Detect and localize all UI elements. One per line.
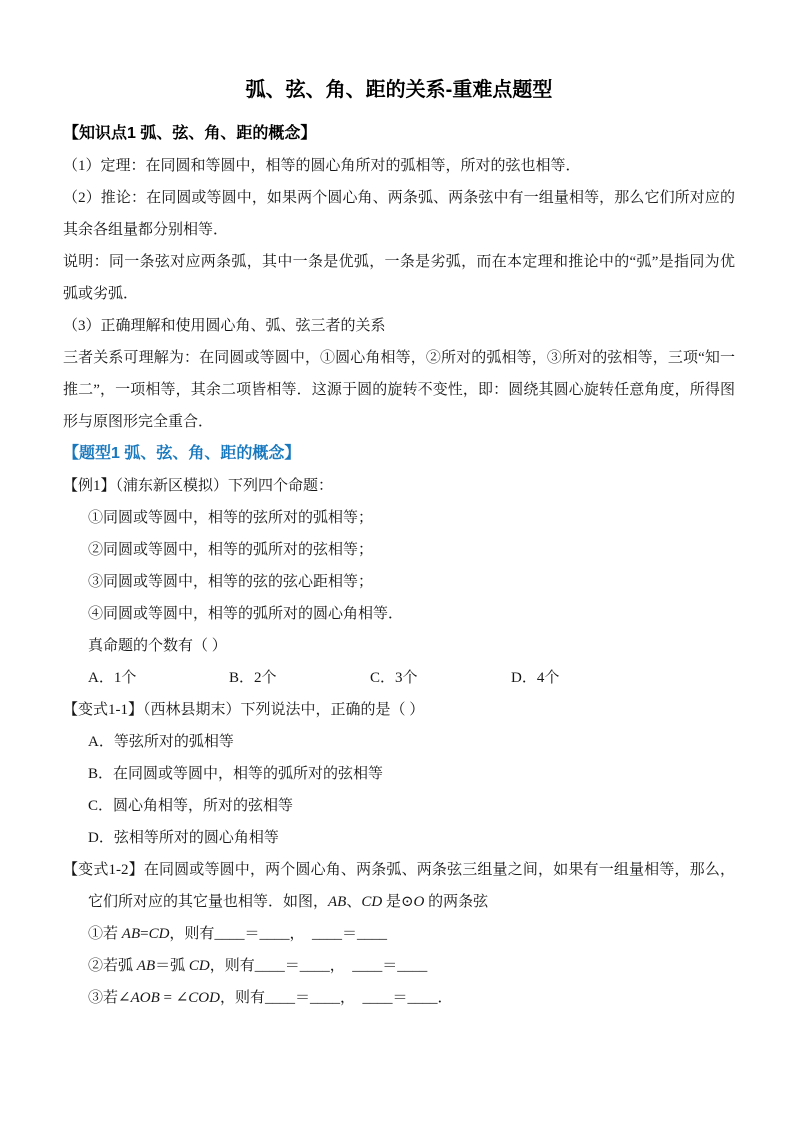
circled-number-1: ① <box>88 926 103 942</box>
item1-math-AB: AB <box>122 926 140 942</box>
example1-options-row: A．1个 B．2个 C．3个 D．4个 <box>63 662 735 694</box>
paragraph-relation-title: （3）正确理解和使用圆心角、弧、弦三者的关系 <box>63 310 735 342</box>
variant12-stem-line: 【变式1-2】在同圆或等圆中，两个圆心角、两条弧、两条弦三组量之间，如果有一组量… <box>63 854 735 918</box>
variant11-option-b: B．在同圆或等圆中，相等的弧所对的弦相等 <box>63 758 735 790</box>
page-title: 弧、弦、角、距的关系-重难点题型 <box>63 74 735 106</box>
circled-number-2: ② <box>88 958 103 974</box>
item2-fill-blanks: ____＝____， ____＝____ <box>255 958 428 974</box>
item3-equals: = <box>160 990 176 1006</box>
variant11-option-d: D．弦相等所对的圆心角相等 <box>63 822 735 854</box>
example1-stem-line: 【例1】（浦东新区模拟）下列四个命题： <box>63 470 735 502</box>
variant11-option-c: C．圆心角相等，所对的弦相等 <box>63 790 735 822</box>
example1-option-a: A．1个 <box>88 662 229 694</box>
math-chord-AB: AB <box>328 894 346 910</box>
example1-stem-text: 下列四个命题： <box>228 478 333 494</box>
variant11-stem-line: 【变式1-1】（西林县期末）下列说法中，正确的是（ ） <box>63 694 735 726</box>
variant12-item-3: ③若∠AOB = ∠COD，则有____＝____， ____＝____． <box>63 982 735 1014</box>
example1-proposition-2: ②同圆或等圆中，相等的弧所对的弦相等； <box>63 534 735 566</box>
item2-equals: ＝弧 <box>155 958 189 974</box>
item1-fill-blanks: ____＝____， ____＝____ <box>214 926 387 942</box>
example1-proposition-1: ①同圆或等圆中，相等的弦所对的弧相等； <box>63 502 735 534</box>
example1-option-b: B．2个 <box>229 662 370 694</box>
item3-text-1: 若 <box>103 990 118 1006</box>
variant12-mid-text: 是⊙ <box>382 894 413 910</box>
example1-question: 真命题的个数有（ ） <box>63 630 735 662</box>
paragraph-corollary: （2）推论：在同圆或等圆中，如果两个圆心角、两条弧、两条弦中有一组量相等，那么它… <box>63 182 735 246</box>
example1-proposition-4: ④同圆或等圆中，相等的弧所对的圆心角相等． <box>63 598 735 630</box>
example1-option-d: D．4个 <box>511 662 559 694</box>
paragraph-relation-detail: 三者关系可理解为：在同圆或等圆中，①圆心角相等，②所对的弧相等，③所对的弦相等，… <box>63 342 735 438</box>
math-circle-O: O <box>414 894 425 910</box>
variant12-item-1: ①若 AB=CD，则有____＝____， ____＝____ <box>63 918 735 950</box>
variant12-item-2: ②若弧 AB＝弧 CD，则有____＝____， ____＝____ <box>63 950 735 982</box>
item3-fill-blanks: ____＝____， ____＝____． <box>265 990 453 1006</box>
variant11-option-a: A．等弦所对的弧相等 <box>63 726 735 758</box>
paragraph-note: 说明：同一条弦对应两条弧，其中一条是优弧，一条是劣弧，而在本定理和推论中的“弧”… <box>63 246 735 310</box>
item1-text-1: 若 <box>103 926 122 942</box>
topic-heading: 【题型1 弧、弦、角、距的概念】 <box>63 438 735 470</box>
variant11-label: 【变式1-1】 <box>63 702 143 718</box>
knowledge-point-heading: 【知识点1 弧、弦、角、距的概念】 <box>63 118 735 150</box>
example1-proposition-3: ③同圆或等圆中，相等的弦的弦心距相等； <box>63 566 735 598</box>
item2-math-CD: CD <box>189 958 210 974</box>
item3-math-angle-COD: ∠COD <box>176 990 220 1006</box>
item1-math-CD: CD <box>149 926 170 942</box>
item2-math-AB: AB <box>137 958 155 974</box>
item1-equals: = <box>140 926 148 942</box>
paragraph-definition: （1）定理：在同圆和等圆中，相等的圆心角所对的弧相等，所对的弦也相等． <box>63 150 735 182</box>
variant11-stem-text: （西林县期末）下列说法中，正确的是（ ） <box>143 702 424 718</box>
item3-math-angle-AOB: ∠AOB <box>118 990 160 1006</box>
example1-option-c: C．3个 <box>370 662 511 694</box>
math-chord-CD: CD <box>361 894 382 910</box>
item2-then-text: ，则有 <box>210 958 255 974</box>
variant12-tail-text: 的两条弦 <box>424 894 488 910</box>
document-page: 弧、弦、角、距的关系-重难点题型 【知识点1 弧、弦、角、距的概念】 （1）定理… <box>0 0 793 1122</box>
variant12-label: 【变式1-2】 <box>63 862 144 878</box>
item1-then-text: ，则有 <box>169 926 214 942</box>
item2-text-1: 若弧 <box>103 958 137 974</box>
circled-number-3: ③ <box>88 990 103 1006</box>
item3-then-text: ，则有 <box>220 990 265 1006</box>
example1-label: 【例1】 <box>63 478 116 494</box>
variant12-separator: 、 <box>346 894 361 910</box>
example1-source: （浦东新区模拟） <box>116 478 229 494</box>
